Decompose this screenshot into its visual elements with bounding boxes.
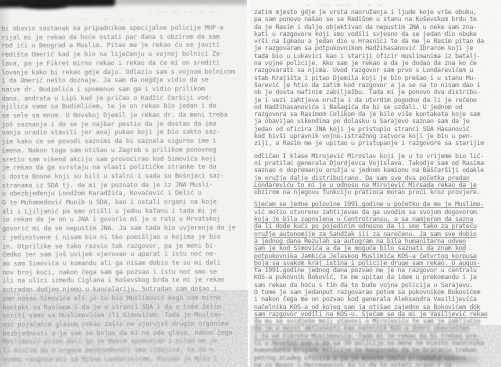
text-line: na vojne policije. Ako sam je rekao a da… bbox=[254, 60, 500, 67]
text-line: sam rekao da hoću s tim da to bude vojna… bbox=[254, 282, 500, 289]
text-line: svemu razgovarati sa Mišom Londarovićem.… bbox=[3, 354, 248, 364]
text-line: Sjećam se jedne polovine 1991.godine u p… bbox=[254, 201, 500, 208]
scan-page-left: · –– – ·– — – · · · –– · – ·— — bi obavi… bbox=[0, 0, 248, 367]
ink-streak-top bbox=[116, 0, 248, 4]
text-line: da mu se svidješe moji stavovi o Mirojev… bbox=[254, 318, 500, 325]
text-line: jedan od oficira JNA koji je pristupio s… bbox=[254, 126, 500, 133]
text-line: ziji, a Rasim me je upitao u pristupanje… bbox=[254, 140, 500, 147]
text-line: načelnika KOS-a od kojeg sam ja otišao z… bbox=[254, 304, 500, 311]
text-line: razgovora sa Rasimom Čelikom da je bilo … bbox=[254, 111, 500, 118]
text-line: sam razgovor vodili na KOS-u. Sjećam se … bbox=[254, 311, 500, 318]
text-line: Londareviću to mi je u odnosu na Mirojev… bbox=[254, 182, 500, 189]
text-line: boja sa svakom kraj istina i policije dr… bbox=[254, 260, 500, 267]
text-line: pa sam ponovo našao se sa Radišom u stan… bbox=[254, 16, 500, 23]
paragraph: odličan I klase Mirojević Miroslav koji … bbox=[254, 153, 500, 197]
text-line: tada bio u Lukavici kao i stariji oficir… bbox=[254, 53, 500, 60]
text-line: je i vezi zahtjeva oružja i da utvrdim p… bbox=[254, 97, 500, 104]
scan-page-right: – ·–– ––– · – — zatim mjesto gdje je vrs… bbox=[250, 0, 501, 367]
text-line: koja je bila zaposlena u Centrotransu, a… bbox=[254, 216, 500, 223]
ghost-text-fragment: · –– – ·– — – · bbox=[148, 9, 225, 16]
text-line: potpukovnika Jamkića Jelaskog Muslimića … bbox=[254, 253, 500, 260]
text-line: od Hadžihasanovića i Bašagića da bi se u… bbox=[254, 104, 500, 111]
text-line: a jednog dana Rezulah sa autogram na bil… bbox=[254, 238, 500, 245]
text-line: zatim mjesto gdje je vrsta naoružanja i … bbox=[254, 9, 500, 16]
text-line: šarević je htio da zatim kod razgovor a … bbox=[254, 82, 500, 89]
text-line: ob je dosta mafinim zabilježbu. Tada mi … bbox=[254, 89, 500, 96]
text-line: razgovarati sa njima. Uvod razgovor sam … bbox=[254, 67, 500, 74]
scan-edge-shadow bbox=[0, 0, 10, 367]
ghost-text-fragment: – ·–– ––– · – — bbox=[306, 2, 383, 9]
text-line: sam je kod Simovića a da je moguće bilo … bbox=[254, 245, 500, 252]
text-line: i nakon čega me on pozvao kod generala A… bbox=[254, 296, 500, 303]
text-line: vrši na Igmanu a jedan dio u Hrasnici te… bbox=[254, 38, 500, 45]
text-line: ja obavijao vikendima po dolasku u Saraj… bbox=[254, 118, 500, 125]
typewritten-text-block-right: zatim mjesto gdje je vrsta naoružanja i … bbox=[254, 9, 500, 367]
text-line: je oružje dalje distribuirano. Da sam sv… bbox=[254, 175, 500, 182]
text-line: da je o mojoj aktivnosti kao načelnik KO… bbox=[254, 325, 500, 332]
text-line: da li dođe kući po pojedinim odnosno da … bbox=[254, 223, 500, 230]
typewritten-text-block-left: bi obavio sastanak sa pripadnikom specij… bbox=[1, 23, 247, 363]
ink-blotch-bottom bbox=[272, 343, 336, 350]
text-line: je razgovaram sa potpukovnikom Hadžihasa… bbox=[254, 45, 500, 52]
ink-smudge-top-left bbox=[22, 1, 68, 9]
text-line: da je Rasim i dalje objektivan da nepust… bbox=[254, 24, 500, 31]
ink-blotch-bottom bbox=[420, 357, 480, 363]
text-line: ni pratilac generala Djurdjevca Vojislav… bbox=[254, 160, 500, 167]
scanned-document-spread: · –– – ·– — – · · · –– · – ·— — bi obavi… bbox=[0, 0, 501, 367]
text-line: KOS-a pukovnik Boković, te me upitao da … bbox=[254, 274, 500, 281]
text-line: saznao o dopremanju oružja u jednom kami… bbox=[254, 167, 500, 174]
text-line: i to od Fikreta Muslimovića. Tada mi je … bbox=[254, 333, 500, 340]
text-line: ta 1991.godine jednog dana pozvao me je … bbox=[254, 267, 500, 274]
text-line: obzirom na njegovu funkciju pratioca mor… bbox=[254, 189, 500, 196]
text-line: na is Bosni i Hercegovini da li da to os… bbox=[254, 362, 500, 367]
text-line: vić molio otvoreno zahtijevao da ga uvod… bbox=[254, 209, 500, 216]
text-line: odličan I klase Mirojević Miroslav koji … bbox=[254, 153, 500, 160]
ghost-text-fragment: · · –– · – ·— — bbox=[58, 16, 135, 23]
text-line: kod bivši upravnik vojno-istražnog zatvo… bbox=[254, 133, 500, 140]
paragraph: Sjećam se jedne polovine 1991.godine u p… bbox=[254, 201, 500, 367]
text-line: oružje autonomije za Sandžak iii za nare… bbox=[254, 231, 500, 238]
text-line: kati u razgovore koji smo vodili svjesno… bbox=[254, 31, 500, 38]
text-line: stab Krajišta i pitao Djemila koji je bi… bbox=[254, 75, 500, 82]
text-line: O tome je sam jedanput razgovarao potom … bbox=[254, 289, 500, 296]
paragraph: zatim mjesto gdje je vrsta naoružanja i … bbox=[254, 9, 500, 148]
